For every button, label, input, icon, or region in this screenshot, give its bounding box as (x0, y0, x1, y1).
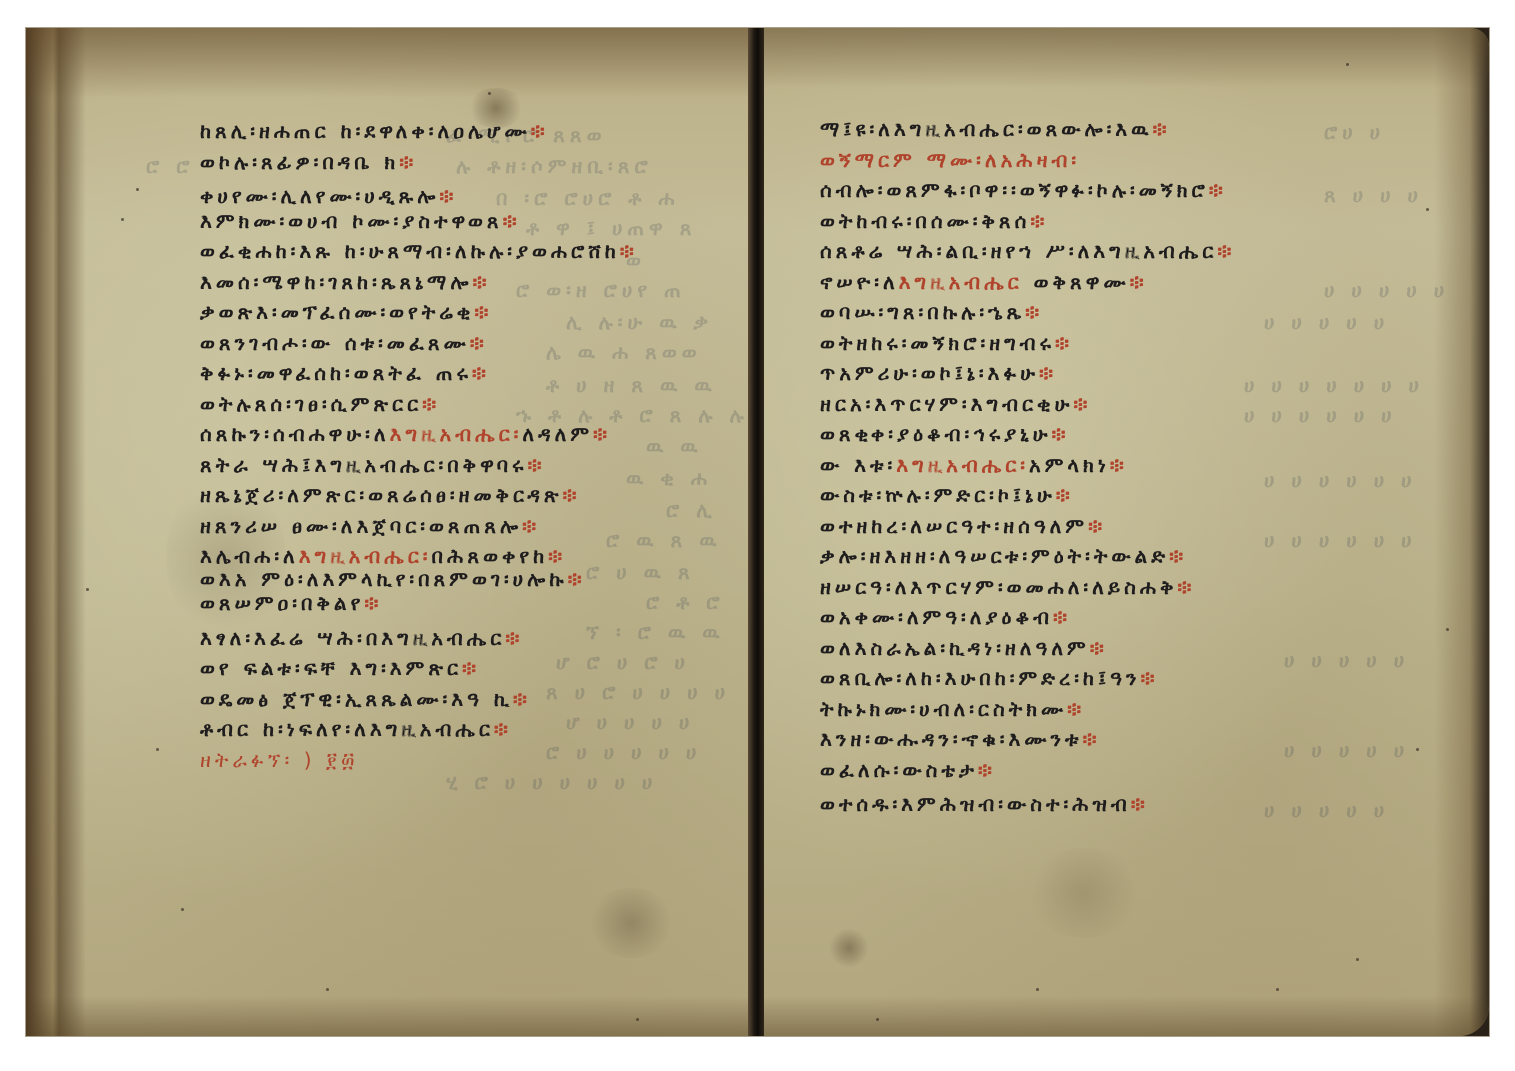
right-page-text: ማ፤ዩ፡ለእግዚአብሔር፡ወጸውሎ፡እዉ፨ ወኝማርም ማሙ፡ለአሕዛብ፡ ሰብ… (820, 114, 1235, 820)
rubric-closing-line: ዘትራፉኘ፡ ) ፻፴ (200, 745, 638, 776)
text-line: ዘጸንሪሠ ፀሙ፡ለእጀባር፡ወጸጠጸሎ፨ (200, 511, 638, 542)
text-line: ወትሉጸሰ፡ገፀ፡ሲምጽርር፨ (200, 389, 638, 420)
text-line: ማ፤ዩ፡ለእግዚአብሔር፡ወጸውሎ፡እዉ፨ (820, 114, 1235, 145)
folio-bracket: ) (293, 748, 326, 772)
text-line: ጸትራ ሣሕ፤እግዚአብሔር፡በቅዋባሩ፨ (200, 450, 638, 481)
left-page-text: ከጸሊ፡ዘሐጠር ከ፡ደዋለቀ፡ለዐሌሆሙ፨ ወኮሉ፡ጸፊዎ፡በዳቤ ክ፨ ቀሀ… (200, 116, 638, 775)
text-line: ወጸንገብሖ፡ው ሰቱ፡መፈጸሙ፨ (200, 328, 638, 359)
text-line: ወትዘከሩ፡መኝክሮ፡ዘግብሩ፨ (820, 328, 1235, 359)
text-line: ወጸቢሎ፡ለከ፡እሁበከ፡ምድረ፡ከ፤ዓን፨ (820, 663, 1235, 694)
text-line: እመሰ፡ሜዋከ፡ገጸከ፡ጼጸኔማሎ፨ (200, 267, 638, 298)
text-line: ወፈለሱ፡ውስቴታ፨ (820, 755, 1235, 786)
text-line: እንዘ፡ውሑዳን፡ኆቁ፡እሙንቱ፨ (820, 724, 1235, 755)
left-page: ፈ ሚዮሮ ጸጸወ ሉ ቶዘ፡ሶምዘቢ፡ጸሮ ሮ ሮ በ ፡ሮ ሮሀሮ ቶ ሐ … (26, 28, 751, 1036)
text-line: ሰጸቶሬ ሣሕ፡ልቢ፡ዘየኀ ሥ፡ለእግዚአብሔር፨ (820, 236, 1235, 267)
text-line: ቃወጽእ፡መፕፈሰሙ፡ወየትሬቂ፨ (200, 297, 638, 328)
text-line: እምክሙ፡ወሀብ ኮሙ፡ያስተዋወጸ፨ (200, 206, 638, 237)
text-line: ወተዘከረ፡ለሠርዓተ፡ዘሰዓለም፨ (820, 511, 1235, 542)
text-line: ወትከብሩ፡በሰሙ፡ቅጸሰ፨ (820, 206, 1235, 237)
text-line: ቃሎ፡ዘእዘዘ፡ለዓሠርቱ፡ምዕት፡ትውልድ፨ (820, 541, 1235, 572)
text-line-with-rubric: ኖሠዮ፡ለእግዚአብሔር ወቅጸዋሙ፨ (820, 267, 1235, 298)
text-line: ወጸቂቀ፡ያዕቆብ፡ኅሩያኒሁ፨ (820, 419, 1235, 450)
text-line: ወኮሉ፡ጸፊዎ፡በዳቤ ክ፨ (200, 147, 638, 178)
rubric-heading: ወኝማርም ማሙ፡ለአሕዛብ፡ (820, 145, 1235, 176)
folio-number: ፻፴ (326, 748, 359, 772)
text-line: እፃለ፡እፈሬ ሣሕ፡በእግዚአብሔር፨ (200, 623, 638, 654)
text-line: ዘርአ፡እጥርሃም፡እግብርቂሁ፨ (820, 389, 1235, 420)
text-line: ወተሰዱ፡እምሕዝብ፡ውስተ፡ሕዝብ፨ (820, 789, 1235, 820)
text-line: ወዴመፅ ጀፕዊ፡ኢጸጼልሙ፡እዓ ኪ፨ (200, 684, 638, 715)
text-line: ሰብሎ፡ወጸምፋ፡ቦዋ፡፡ወኝዋፉ፡ኮሉ፡መኝክሮ፨ (820, 175, 1235, 206)
rubric-divine-name: እግዚአብሔር፡ (390, 422, 523, 446)
text-line: ጥአምሪሁ፡ወኮ፤ኔ፡እፉሁ፨ (820, 358, 1235, 389)
rubric-divine-name: እግዚአብሔር (899, 270, 1023, 294)
text-line: ውስቱ፡ኵሉ፡ምድር፡ኮ፤ኔሁ፨ (820, 480, 1235, 511)
text-line: ወአቀሙ፡ለምዓ፡ለያዕቆብ፨ (820, 602, 1235, 633)
text-line-with-rubric: ሰጸኩን፡ሰብሐዋሁ፡ለእግዚአብሔር፡ለዳለም፨ (200, 419, 638, 450)
text-line: ቅፉኑ፡መዋፈሰከ፡ወጸትፈ ጠሩ፨ (200, 358, 638, 389)
text-line: ወለእስራኤል፡ኪዳነ፡ዘለዓለም፨ (820, 633, 1235, 664)
text-line: ዘጼኔጀሪ፡ለምጽር፡ወጸሬሰፀ፡ዘመቅርዳጽ፨ (200, 480, 638, 511)
text-line-with-rubric: ው እቱ፡እግዚአብሔር፡አምላክነ፨ (820, 450, 1235, 481)
text-line: ቶብር ከ፡ነፍለየ፡ለእግዚአብሔር፨ (200, 714, 638, 745)
text-line: ከጸሊ፡ዘሐጠር ከ፡ደዋለቀ፡ለዐሌሆሙ፨ (200, 116, 638, 147)
right-page: ሮሀ ሀ ጸ ሀ ሀ ሀ ሀ ሀ ሀ ሀ ሀ ሀ ሀ ሀ ሀ ሀ ሀ ሀ ሀ ሀ… (764, 28, 1489, 1036)
text-line: ትኩኑክሙ፡ሀብለ፡ርስትክሙ፨ (820, 694, 1235, 725)
text-line: ወየ ፍልቱ፡ፍቸ እግ፡እምጽር፨ (200, 653, 638, 684)
text-line: ዘሠርዓ፡ለእጥርሃም፡ወመሐለ፡ለይስሐቅ፨ (820, 572, 1235, 603)
rubric-divine-name: እግዚአብሔር፡ (896, 453, 1029, 477)
manuscript-spread: ፈ ሚዮሮ ጸጸወ ሉ ቶዘ፡ሶምዘቢ፡ጸሮ ሮ ሮ በ ፡ሮ ሮሀሮ ቶ ሐ … (26, 28, 1489, 1036)
text-line: ወባሡ፡ግጸ፡በኩሉ፡ኄጼ፨ (820, 297, 1235, 328)
text-line: ወፈቂሐከ፡እጹ ከ፡ሁጸማብ፡ለኩሉ፡ያወሐሮሸከ፨ (200, 236, 638, 267)
